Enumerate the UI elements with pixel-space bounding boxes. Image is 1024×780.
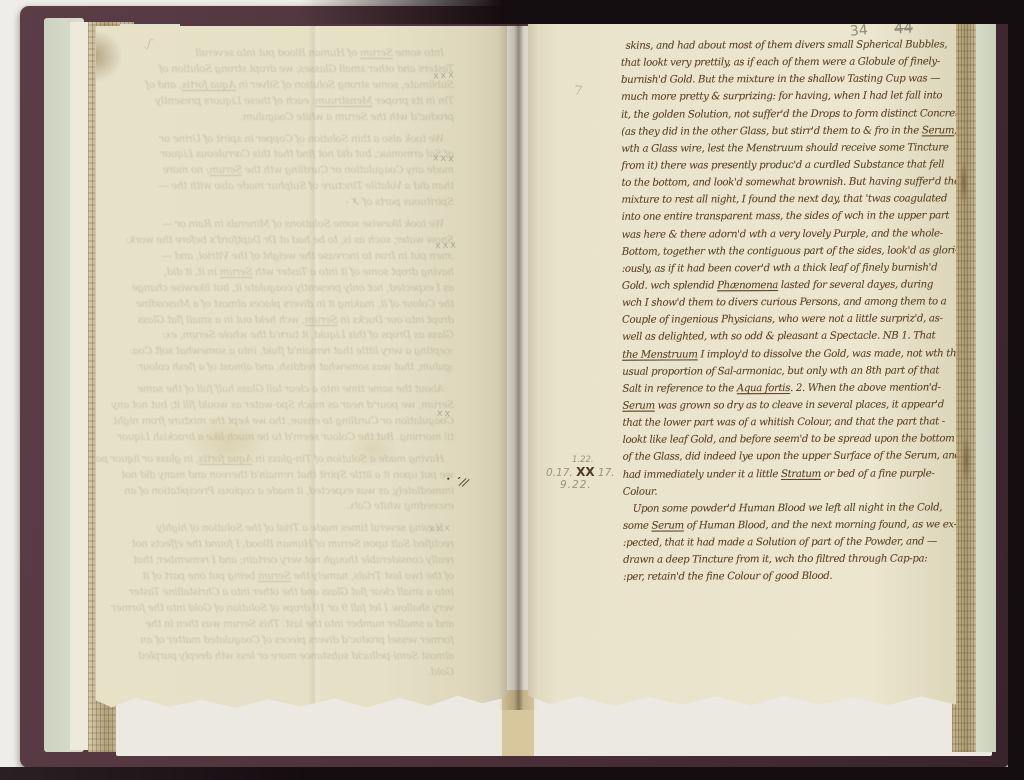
shadow-top [300,0,1024,24]
right-page-text: skins, and had about most of them divers… [621,36,956,586]
manuscript-line: to the bottom, and look'd somewhat brown… [621,173,956,192]
manuscript-line: drawn a deep Tincture from it, wch tho f… [623,550,956,569]
manuscript-line: the Menstruum I imploy'd to dissolve the… [622,345,956,364]
manuscript-line: that the lower part was of a whitish Col… [622,413,956,432]
showthrough-text: Into some Serum of Human Blood put into … [104,46,454,680]
showthrough-line: made any Coagulation or Curdling wth the… [104,163,454,179]
showthrough-line: :cepting a very little that remain'd flu… [104,344,454,360]
showthrough-line: Having several times made a Trial of the… [104,521,454,537]
showthrough-line: :men put in Iron to increase the weight … [104,249,454,265]
showthrough-line: and a smaller number into the last. This… [104,617,454,633]
gutter-tan-strip [502,690,534,756]
showthrough-line: Having made a Solution of Tin-glass in A… [104,452,454,468]
showthrough-line: of the two last Trials, namely the Serum… [104,569,454,585]
showthrough-line: Into some Serum of Human Blood put into … [104,46,454,62]
manuscript-line: lookt like leaf Gold, and before seem'd … [623,430,956,449]
manuscript-line: had immediately under it a little Stratu… [623,465,956,484]
manuscript-line: :ously, as if it had been cover'd wth a … [622,259,956,278]
pencil-calculation-line: 9.22. [560,479,626,491]
margin-cross-mark: xxx [433,69,457,82]
showthrough-line: dropt into our Ducks in Serum, wch held … [104,313,454,329]
showthrough-line: very shallow. I let fall 9 or 10 drops o… [104,601,454,617]
margin-cross-mark: xxx [435,240,458,252]
manuscript-line: well as delighted, wth so odd & pleasant… [622,328,956,347]
manuscript-line: (as they did in the other Glass, but sti… [621,122,956,141]
right-manuscript-page: 34 44 7 1.22. 0.17. XX 17. 9.22. skins, … [528,22,956,706]
showthrough-line: produc'd wth the Serum a white Coagulum. [104,110,454,126]
showthrough-line: of Sal armoniac, but did not find that t… [104,147,454,163]
showthrough-line: the Colour of it, making it in divers pl… [104,297,454,313]
ink-xx-mark: XX [576,465,595,479]
showthrough-line: former vessel produc'd divers pieces of … [104,633,454,649]
showthrough-line: into a small clear flat Glass and the ot… [104,585,454,601]
manuscript-line: Upon some powder'd Human Blood we left a… [623,499,956,518]
margin-cross-mark: xx [437,408,453,420]
shadow-bottom [0,767,1024,780]
showthrough-line: Coagulation or Curdling to ensue, tho we… [104,414,454,430]
margin-cross-mark: xxx [433,152,456,164]
manuscript-line: usual proportion of Sal-armoniac, but on… [622,362,956,381]
showthrough-line: We took likewise some Solutions of Miner… [104,217,454,233]
showthrough-line: having dropt some of it into a Taster wt… [104,265,454,281]
manuscript-line: wth a Glass wire, lest the Menstruum sho… [621,139,956,158]
manuscript-line: :per, retain'd the fine Colour of good B… [623,568,956,587]
manuscript-line: some Serum of Human Blood, and the next … [623,516,956,535]
flyleaf-right [976,20,996,752]
manuscript-line: mixture to rest all night, I found the n… [621,191,956,210]
manuscript-line: of the Glass, did indeed lye upon the up… [623,448,956,467]
manuscript-line: Bottom, together wth the contiguous part… [622,242,956,261]
showthrough-line: than did a Volatile Tincture of Sulphur … [104,179,454,195]
manuscript-line: into one entire transparent mass, the si… [622,208,956,227]
shadow-right [1008,0,1024,780]
pencil-mark: 7 [573,83,583,99]
showthrough-line: Gold. [104,665,454,681]
manuscript-line: wch I show'd them to divers curious Pers… [622,293,956,312]
folio-number-crossed: 44 [894,22,914,37]
pencil-calculation: 1.22. 0.17. XX 17. 9.22. [546,454,626,491]
manuscript-line: skins, and had about most of them divers… [621,36,956,55]
pencil-calculation-line: 0.17. XX 17. [546,466,626,479]
manuscript-line: Couple of ingenious Physicians, who were… [622,311,956,330]
showthrough-line: About the same time into a clear tall Gl… [104,382,454,398]
showthrough-line: Tin in its proper Menstruum: each of the… [104,94,454,110]
manuscript-line: Salt in reference to the Aqua fortis. 2.… [622,379,956,398]
showthrough-line: Snow water, such as is, to be had at Dr … [104,233,454,249]
showthrough-line: rectified Salt upon Serum of Human Blood… [104,537,454,553]
manuscript-line: it, the golden Solution, not suffer'd th… [621,105,956,124]
pencil-number: 0.17. [546,467,573,479]
manuscript-line: from it) there was presently produc'd a … [621,156,956,175]
photo-background: Into some Serum of Human Blood put into … [0,0,1024,780]
margin-cross-mark: xxx [429,522,452,534]
showthrough-line: immediately, as was expected, it made a … [104,484,454,500]
manuscript-line: Serum was grown so dry as to cleave in s… [622,396,956,415]
showthrough-line: Tasters and other small Glasses; we drop… [104,62,454,78]
showthrough-line: til morning. But the Colour seem'd to be… [104,430,454,446]
manuscript-line: that lookt very prettily, as if each of … [621,53,956,72]
showthrough-line: Spirituous parts of ✗ - [104,195,454,211]
left-manuscript-page: Into some Serum of Human Blood put into … [95,26,507,708]
showthrough-line: We took also a thin Solution of Copper i… [104,132,454,148]
showthrough-line: almost Semi-pellucid substance more or l… [104,649,454,665]
manuscript-line: Colour. [623,482,956,501]
manuscript-line: burnish'd Gold. But the mixture in the s… [621,71,956,90]
manuscript-line: was here & there adorn'd wth a very love… [622,225,956,244]
manuscript-line: Gold. wch splendid Phænomena lasted for … [622,276,956,295]
pencil-number: 17. [598,467,615,479]
showthrough-line: we put upon it a little Spirit that rema… [104,468,454,484]
showthrough-line: as I expected, not only presently coagul… [104,281,454,297]
showthrough-line: Glass as Drops of this Liquid, it turn'd… [104,328,454,344]
manuscript-line: :pected, that it had made a Solution of … [623,533,956,552]
showthrough-line: Sublimate, some strong Solution of Silve… [104,78,454,94]
showthrough-line: exceeding white Calx. [104,499,454,515]
showthrough-line: :gulum, that was somewhat reddish, and a… [104,360,454,376]
manuscript-line: much more pretty & surprizing: for havin… [621,88,956,107]
showthrough-line: really considerable though not very cert… [104,553,454,569]
showthrough-line: Serum, we pour'd near as much Spa-water … [104,398,454,414]
